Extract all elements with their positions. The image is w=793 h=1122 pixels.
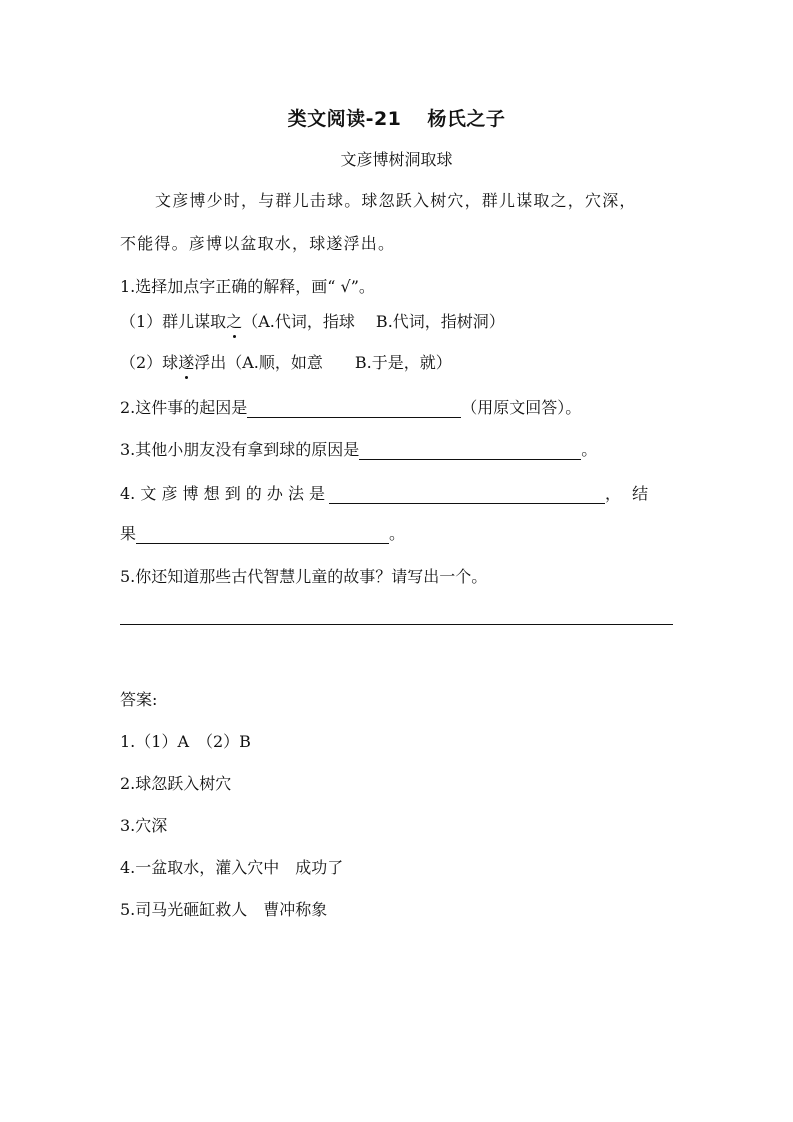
answer-line[interactable] [120, 624, 673, 625]
answer-item: 4.一盆取水，灌入穴中 成功了 [120, 858, 343, 878]
title-name: 杨氏之子 [427, 108, 505, 130]
q1-sub2-options: （A.顺，如意 B.于是，就） [226, 353, 452, 372]
q2-prefix: 2.这件事的起因是 [120, 398, 247, 417]
q3-prefix: 3.其他小朋友没有拿到球的原因是 [120, 440, 359, 459]
answer-item: 1.（1）A （2）B [120, 732, 251, 752]
q2-suffix: （用原文回答）。 [461, 398, 581, 417]
q1-sub1-options: （A.代词，指球 B.代词，指树洞） [242, 312, 505, 331]
answer-blank[interactable] [247, 399, 461, 418]
q1-sub2-suffix: 浮出 [194, 353, 226, 372]
answer-item: 5.司马光砸缸救人 曹冲称象 [120, 900, 327, 920]
answer-blank[interactable] [329, 485, 605, 504]
q4-line2-prefix: 果 [120, 524, 136, 543]
passage-line-1: 文彦博少时，与群儿击球。球忽跃入树穴，群儿谋取之，穴深， [155, 191, 637, 211]
page-title: 类文阅读-21杨氏之子 [0, 104, 793, 131]
passage-title: 文彦博树洞取球 [0, 147, 793, 170]
question-5-prompt: 5.你还知道那些古代智慧儿童的故事？请写出一个。 [120, 567, 487, 587]
passage-line-2: 不能得。彦博以盆取水，球遂浮出。 [120, 234, 395, 254]
answer-blank[interactable] [359, 441, 581, 460]
q4-middle: ， 结 [605, 484, 651, 503]
q3-suffix: 。 [581, 440, 597, 459]
question-4-line-1: 4. 文 彦 博 想 到 的 办 法 是， 结 [120, 484, 651, 504]
q1-sub2-prefix: （2）球 [120, 353, 178, 372]
question-1-sub-2: （2）球遂浮出（A.顺，如意 B.于是，就） [120, 353, 452, 373]
question-1-sub-1: （1）群儿谋取之（A.代词，指球 B.代词，指树洞） [120, 312, 505, 332]
q1-sub1-prefix: （1）群儿谋取 [120, 312, 226, 331]
question-1-prompt: 1.选择加点字正确的解释，画“ √”。 [120, 277, 375, 297]
question-2: 2.这件事的起因是（用原文回答）。 [120, 398, 581, 418]
dotted-char: 遂 [178, 353, 194, 373]
q4-suffix: 。 [389, 524, 405, 543]
question-4-line-2: 果。 [120, 524, 405, 544]
answers-heading: 答案: [120, 690, 157, 710]
question-3: 3.其他小朋友没有拿到球的原因是。 [120, 440, 597, 460]
answer-item: 3.穴深 [120, 816, 167, 836]
title-series: 类文阅读-21 [288, 108, 402, 130]
answer-blank[interactable] [136, 525, 389, 544]
dotted-char: 之 [226, 312, 242, 332]
q4-prefix: 4. 文 彦 博 想 到 的 办 法 是 [120, 484, 325, 503]
answer-item: 2.球忽跃入树穴 [120, 774, 231, 794]
